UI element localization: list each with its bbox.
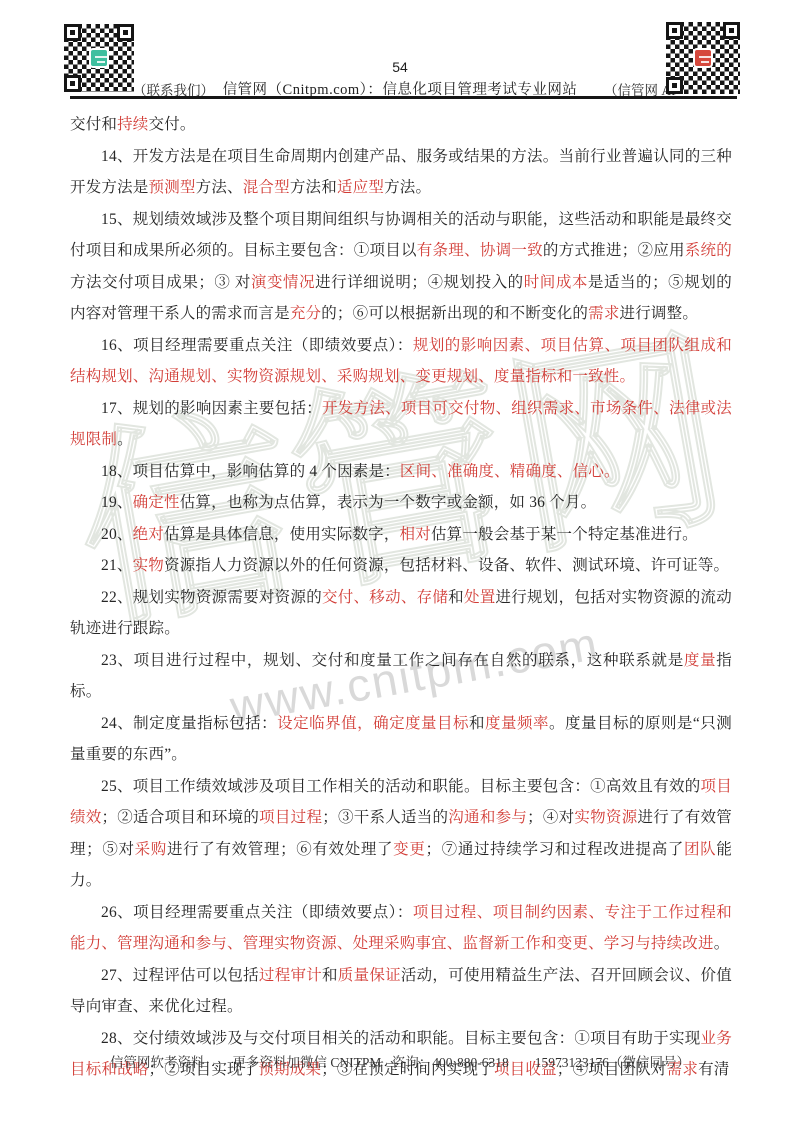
body-text: 资源指人力资源以外的任何资源，包括材料、设备、软件、测试环境、许可证等。 xyxy=(164,557,729,574)
keyword-highlight: 绝对 xyxy=(133,526,164,543)
footer-brand-label: 信管网软考资料 xyxy=(110,1051,205,1071)
keyword-highlight: 区间、准确度、精确度、信心。 xyxy=(400,463,620,480)
body-text: 。 xyxy=(714,935,730,952)
keyword-highlight: 度量频率 xyxy=(485,715,549,732)
footer-phone: 15973123176（微信同号） xyxy=(535,1051,690,1071)
header-divider xyxy=(70,96,737,99)
body-text: 进行详细说明；④规划投入的 xyxy=(315,274,524,291)
body-text: 25、项目工作绩效域涉及项目工作相关的活动和职能。目标主要包含：①高效且有效的 xyxy=(101,778,701,795)
body-text: 的；⑥可以根据新出现的和不断变化的 xyxy=(321,305,588,322)
body-text: 方法、 xyxy=(196,179,243,196)
document-page: 54 信管网（Cnitpm.com）：信息化项目管理考试专业网站 （联系我们） … xyxy=(0,0,800,1131)
paragraph: 交付和持续交付。 xyxy=(70,109,732,141)
keyword-highlight: 项目过程 xyxy=(259,809,322,826)
paragraph: 17、规划的影响因素主要包括：开发方法、项目可交付物、组织需求、市场条件、法律或… xyxy=(70,393,732,456)
qr-finder-icon xyxy=(64,24,81,41)
body-text: 交付和 xyxy=(70,116,117,133)
keyword-highlight: 相对 xyxy=(400,526,431,543)
qr-finder-icon xyxy=(666,22,683,39)
paragraph: 25、项目工作绩效域涉及项目工作相关的活动和职能。目标主要包含：①高效且有效的项… xyxy=(70,771,732,897)
body-text: 方法和 xyxy=(290,179,337,196)
keyword-highlight: 有条理、协调一致 xyxy=(417,242,543,259)
body-text: 28、交付绩效域涉及与交付项目相关的活动和职能。目标主要包含：①项目有助于实现 xyxy=(101,1030,701,1047)
paragraph: 26、项目经理需要重点关注（即绩效要点）：项目过程、项目制约因素、专注于工作过程… xyxy=(70,897,732,960)
keyword-highlight: 演变情况 xyxy=(251,274,315,291)
paragraph: 16、项目经理需要重点关注（即绩效要点）：规划的影响因素、项目估算、项目团队组成… xyxy=(70,330,732,393)
body-text: 20、 xyxy=(101,526,133,543)
qr-finder-icon xyxy=(666,77,683,94)
body-text: 19、 xyxy=(101,494,133,511)
footer-right-group: 咨询：400-880-6318 15973123176（微信同号） xyxy=(392,1051,690,1071)
body-text: 21、 xyxy=(101,557,133,574)
keyword-highlight: 设定临界值，确定度量目标 xyxy=(277,715,469,732)
keyword-highlight: 实物 xyxy=(133,557,164,574)
body-text: 和 xyxy=(469,715,485,732)
qr-code-app xyxy=(666,22,740,94)
keyword-highlight: 变更 xyxy=(393,841,425,858)
keyword-highlight: 度量 xyxy=(684,652,716,669)
keyword-highlight: 过程审计 xyxy=(259,967,322,984)
footer-left-group: 信管网软考资料 更多资料加微信 CNITPM xyxy=(110,1051,381,1071)
body-text: ；③干系人适当的 xyxy=(322,809,448,826)
keyword-highlight: 混合型 xyxy=(243,179,290,196)
body-text: 24、制定度量指标包括： xyxy=(101,715,277,732)
body-text: 估算一般会基于某一个特定基准进行。 xyxy=(431,526,698,543)
qr-finder-icon xyxy=(117,24,134,41)
keyword-highlight: 充分 xyxy=(290,305,321,322)
paragraph: 14、开发方法是在项目生命周期内创建产品、服务或结果的方法。当前行业普遍认同的三… xyxy=(70,141,732,204)
body-text: 进行了有效管理；⑥有效处理了 xyxy=(167,841,393,858)
body-text: 16、项目经理需要重点关注（即绩效要点）： xyxy=(101,337,413,354)
body-text: 23、项目进行过程中，规划、交付和度量工作之间存在自然的联系，这种联系就是 xyxy=(101,652,684,669)
body-text: 26、项目经理需要重点关注（即绩效要点）： xyxy=(101,904,413,921)
page-footer: 信管网软考资料 更多资料加微信 CNITPM 咨询：400-880-6318 1… xyxy=(70,1051,730,1071)
body-text: ；⑦通过持续学习和过程改进提高了 xyxy=(426,841,685,858)
keyword-highlight: 持续 xyxy=(117,116,148,133)
body-text: 。 xyxy=(117,431,133,448)
paragraph: 22、规划实物资源需要对资源的交付、移动、存储和处置进行规划，包括对实物资源的流… xyxy=(70,582,732,645)
page-header: 54 信管网（Cnitpm.com）：信息化项目管理考试专业网站 （联系我们） … xyxy=(0,0,800,100)
keyword-highlight: 采购 xyxy=(135,841,167,858)
paragraph: 19、确定性估算，也称为点估算，表示为一个数字或金额，如 36 个月。 xyxy=(70,487,732,519)
keyword-highlight: 预测型 xyxy=(149,179,196,196)
paragraph: 23、项目进行过程中，规划、交付和度量工作之间存在自然的联系，这种联系就是度量指… xyxy=(70,645,732,708)
body-text: 27、过程评估可以包括 xyxy=(101,967,259,984)
paragraph: 27、过程评估可以包括过程审计和质量保证活动，可使用精益生产法、召开回顾会议、价… xyxy=(70,960,732,1023)
paragraph: 21、实物资源指人力资源以外的任何资源，包括材料、设备、软件、测试环境、许可证等… xyxy=(70,550,732,582)
body-text: 18、项目估算中，影响估算的 4 个因素是： xyxy=(101,463,400,480)
footer-hotline: 咨询：400-880-6318 xyxy=(392,1051,509,1071)
keyword-highlight: 确定性 xyxy=(133,494,180,511)
keyword-highlight: 适应型 xyxy=(337,179,384,196)
paragraph: 15、规划绩效域涉及整个项目期间组织与协调相关的活动与职能，这些活动和职能是最终… xyxy=(70,204,732,330)
paragraph: 18、项目估算中，影响估算的 4 个因素是：区间、准确度、精确度、信心。 xyxy=(70,456,732,488)
document-body: 交付和持续交付。14、开发方法是在项目生命周期内创建产品、服务或结果的方法。当前… xyxy=(70,109,732,1086)
body-text: 方法交付项目成果；③ 对 xyxy=(70,274,251,291)
keyword-highlight: 团队 xyxy=(684,841,716,858)
qr-finder-icon xyxy=(723,22,740,39)
keyword-highlight: 质量保证 xyxy=(338,967,401,984)
body-text: 估算是具体信息，使用实际数字， xyxy=(164,526,400,543)
body-text: 和 xyxy=(448,589,464,606)
keyword-highlight: 交付、移动、存储 xyxy=(322,589,448,606)
keyword-highlight: 系统的 xyxy=(685,242,732,259)
body-text: 估算，也称为点估算，表示为一个数字或金额，如 36 个月。 xyxy=(180,494,597,511)
paragraph: 20、绝对估算是具体信息，使用实际数字，相对估算一般会基于某一个特定基准进行。 xyxy=(70,519,732,551)
keyword-highlight: 需求 xyxy=(588,305,619,322)
body-text: 的方式推进；②应用 xyxy=(543,242,685,259)
keyword-highlight: 实物资源 xyxy=(574,809,637,826)
body-text: ；②适合项目和环境的 xyxy=(102,809,260,826)
footer-wechat-label: 更多资料加微信 CNITPM xyxy=(233,1051,382,1071)
body-text: 进行调整。 xyxy=(620,305,699,322)
keyword-highlight: 沟通和参与 xyxy=(448,809,527,826)
body-text: 和 xyxy=(322,967,338,984)
body-text: 22、规划实物资源需要对资源的 xyxy=(101,589,322,606)
app-logo-icon xyxy=(693,48,713,68)
body-text: 方法。 xyxy=(384,179,431,196)
body-text: ；④对 xyxy=(527,809,574,826)
body-text: 交付。 xyxy=(149,116,196,133)
body-text: 17、规划的影响因素主要包括： xyxy=(101,400,322,417)
keyword-highlight: 处置 xyxy=(464,589,496,606)
paragraph: 24、制定度量指标包括：设定临界值，确定度量目标和度量频率。度量目标的原则是“只… xyxy=(70,708,732,771)
keyword-highlight: 时间成本 xyxy=(524,274,588,291)
